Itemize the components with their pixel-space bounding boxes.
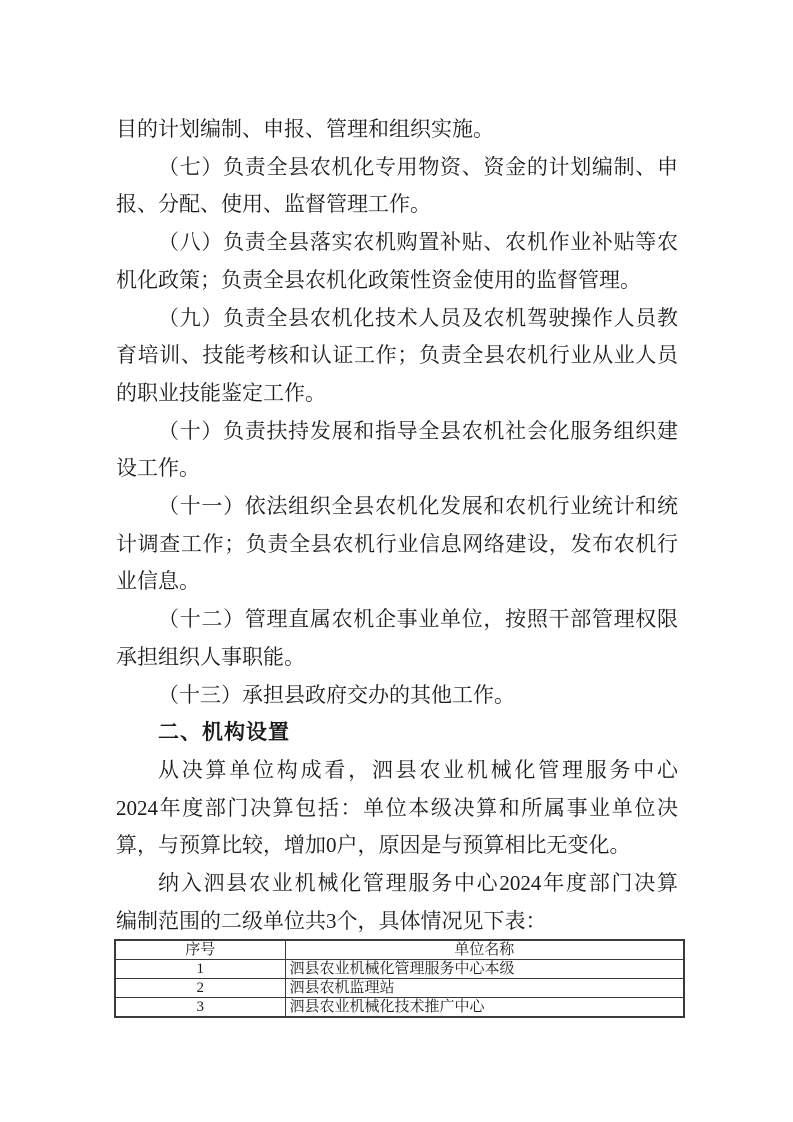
text-line: 报、分配、使用、监督管理工作。 [116, 186, 678, 224]
text-line: （十三）承担县政府交办的其他工作。 [116, 677, 678, 715]
text-line: 从决算单位构成看，泗县农业机械化管理服务中心 [116, 752, 678, 790]
table-row: 2泗县农机监理站 [115, 979, 684, 998]
text-line: （八）负责全县落实农机购置补贴、农机作业补贴等农 [116, 224, 678, 262]
text-line: （十）负责扶持发展和指导全县农机社会化服务组织建 [116, 413, 678, 451]
text-line: 设工作。 [116, 450, 678, 488]
text-line: 编制范围的二级单位共3个，具体情况见下表： [116, 903, 678, 941]
document-page: 目的计划编制、申报、管理和组织实施。（七）负责全县农机化专用物资、资金的计划编制… [0, 0, 793, 1122]
text-line: 目的计划编制、申报、管理和组织实施。 [116, 111, 678, 149]
text-line: （九）负责全县农机化技术人员及农机驾驶操作人员教 [116, 300, 678, 338]
table-row: 3泗县农业机械化技术推广中心 [115, 998, 684, 1018]
section-heading: 二、机构设置 [116, 714, 678, 752]
text-line: 计调查工作；负责全县农机行业信息网络建设，发布农机行 [116, 526, 678, 564]
units-table-header-cell: 序号 [115, 940, 285, 960]
units-table: 序号单位名称 1泗县农业机械化管理服务中心本级2泗县农机监理站3泗县农业机械化技… [114, 939, 685, 1018]
unit-name-cell: 泗县农业机械化管理服务中心本级 [285, 960, 684, 979]
text-line: 业信息。 [116, 563, 678, 601]
text-line: 的职业技能鉴定工作。 [116, 375, 678, 413]
text-line: 承担组织人事职能。 [116, 639, 678, 677]
text-line: 2024年度部门决算包括：单位本级决算和所属事业单位决 [116, 790, 678, 828]
unit-index-cell: 3 [115, 998, 285, 1018]
text-line: 纳入泗县农业机械化管理服务中心2024年度部门决算 [116, 865, 678, 903]
units-table-header-cell: 单位名称 [285, 940, 684, 960]
unit-index-cell: 2 [115, 979, 285, 998]
text-line: （七）负责全县农机化专用物资、资金的计划编制、申 [116, 149, 678, 187]
unit-name-cell: 泗县农机监理站 [285, 979, 684, 998]
table-row: 1泗县农业机械化管理服务中心本级 [115, 960, 684, 979]
text-line: （十一）依法组织全县农机化发展和农机行业统计和统 [116, 488, 678, 526]
text-line: 机化政策；负责全县农机化政策性资金使用的监督管理。 [116, 262, 678, 300]
body-text: 目的计划编制、申报、管理和组织实施。（七）负责全县农机化专用物资、资金的计划编制… [116, 111, 678, 940]
units-table-body: 1泗县农业机械化管理服务中心本级2泗县农机监理站3泗县农业机械化技术推广中心 [115, 960, 684, 1018]
unit-name-cell: 泗县农业机械化技术推广中心 [285, 998, 684, 1018]
text-line: 算，与预算比较，增加0户，原因是与预算相比无变化。 [116, 827, 678, 865]
text-line: 育培训、技能考核和认证工作；负责全县农机行业从业人员 [116, 337, 678, 375]
unit-index-cell: 1 [115, 960, 285, 979]
text-line: （十二）管理直属农机企事业单位，按照干部管理权限 [116, 601, 678, 639]
units-table-header-row: 序号单位名称 [115, 940, 684, 960]
